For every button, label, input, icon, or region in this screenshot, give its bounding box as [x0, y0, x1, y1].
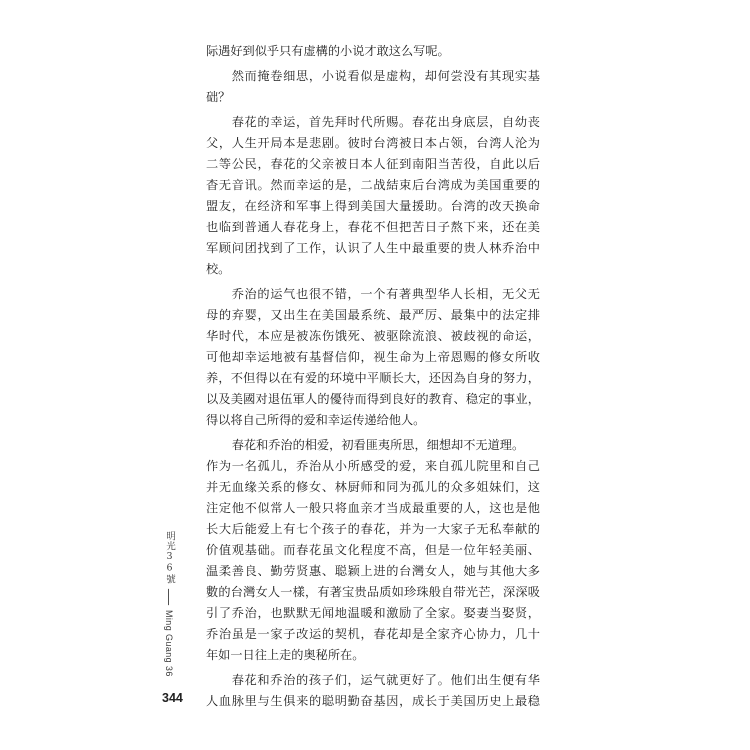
- running-head-title-cjk: 明光36號: [164, 531, 175, 584]
- text-line: 华时代，本应是被冻伤饿死、被驱除流浪、被歧视的命运，: [206, 326, 540, 347]
- text-line: 校。: [206, 259, 540, 280]
- body-text: 际遇好到似乎只有虚構的小说才敢这么写呢。 然而掩卷细思，小说看似是虚构，却何尝没…: [206, 41, 540, 712]
- running-head-separator: —: [162, 588, 176, 606]
- text-line: 春花和乔治的孩子们，运气就更好了。他们出生便有华: [206, 670, 540, 691]
- text-line: 母的弃婴，又出生在美国最系统、最严厉、最集中的法定排: [206, 305, 540, 326]
- text-line: 乔治虽是一家子改运的契机，春花却是全家齐心协力，几十: [206, 624, 540, 645]
- text-line: 作为一名孤儿，乔治从小所感受的爱，来自孤儿院里和自己: [206, 456, 540, 477]
- paragraph: 春花和乔治的孩子们，运气就更好了。他们出生便有华 人血脉里与生俱来的聪明勤奋基因…: [206, 670, 540, 712]
- text-line: 也临到普通人春花身上，春花不但把苦日子熬下来，还在美: [206, 217, 540, 238]
- text-line: 然而掩卷细思，小说看似是虚构，却何尝没有其现实基: [206, 66, 540, 87]
- text-line: 人血脉里与生俱来的聪明勤奋基因，成长于美国历史上最稳: [206, 691, 540, 712]
- text-line: 得以将自己所得的爱和幸运传递给他人。: [206, 410, 540, 431]
- running-head: 明光36號 — Ming Guang 36: [162, 531, 176, 677]
- text-line: 础？: [206, 87, 540, 108]
- text-line: 养，不但得以在有爱的环境中平顺长大，还因為自身的努力，: [206, 368, 540, 389]
- text-line: 春花和乔治的相爱，初看匪夷所思，细想却不无道理。: [206, 435, 540, 456]
- paragraph: 春花的幸运，首先拜时代所赐。春花出身底层，自幼丧 父，人生开局本是悲剧。彼时台湾…: [206, 112, 540, 280]
- text-line: 军顾问团找到了工作，认识了人生中最重要的贵人林乔治中: [206, 238, 540, 259]
- text-line: 可他却幸运地被有基督信仰，视生命为上帝恩赐的修女所收: [206, 347, 540, 368]
- text-line: 父，人生开局本是悲剧。彼时台湾被日本占领，台湾人沦为: [206, 133, 540, 154]
- text-line: 二等公民，春花的父亲被日本人征到南阳当苦役，自此以后: [206, 154, 540, 175]
- text-line: 长大后能爱上有七个孩子的春花，并为一大家子无私奉献的: [206, 519, 540, 540]
- paragraph: 际遇好到似乎只有虚構的小说才敢这么写呢。: [206, 41, 540, 62]
- paragraph: 乔治的运气也很不错，一个有著典型华人长相，无父无 母的弃婴，又出生在美国最系统、…: [206, 284, 540, 431]
- text-line: 乔治的运气也很不错，一个有著典型华人长相，无父无: [206, 284, 540, 305]
- text-line: 年如一日往上走的奥秘所在。: [206, 645, 540, 666]
- running-head-title-latin: Ming Guang 36: [164, 610, 174, 677]
- page-number: 344: [162, 691, 183, 705]
- text-line: 际遇好到似乎只有虚構的小说才敢这么写呢。: [206, 41, 540, 62]
- text-line: 以及美國对退伍軍人的優待而得到良好的教育、稳定的事业，: [206, 389, 540, 410]
- text-line: 數的台灣女人一樣，有著宝贵品质如珍珠般自带光芒，深深吸: [206, 582, 540, 603]
- text-line: 杳无音讯。然而幸运的是，二战結束后台湾成为美国重要的: [206, 175, 540, 196]
- text-line: 引了乔治，也默默无闻地温暖和激励了全家。娶妻当娶贤，: [206, 603, 540, 624]
- paragraph: 然而掩卷细思，小说看似是虚构，却何尝没有其现实基 础？: [206, 66, 540, 108]
- text-line: 春花的幸运，首先拜时代所赐。春花出身底层，自幼丧: [206, 112, 540, 133]
- text-line: 并无血缘关系的修女、林厨师和同为孤儿的众多姐妹们，这: [206, 477, 540, 498]
- text-line: 盟友，在经济和军事上得到美国大量援助。台湾的改天换命: [206, 196, 540, 217]
- text-line: 注定他不似常人一般只将血亲才当成最重要的人，这也是他: [206, 498, 540, 519]
- text-line: 价值观基础。而春花虽文化程度不高，但是一位年轻美丽、: [206, 540, 540, 561]
- text-line: 温柔善良、勤劳贤惠、聪颖上进的台灣女人，她与其他大多: [206, 561, 540, 582]
- paragraph: 春花和乔治的相爱，初看匪夷所思，细想却不无道理。 作为一名孤儿，乔治从小所感受的…: [206, 435, 540, 666]
